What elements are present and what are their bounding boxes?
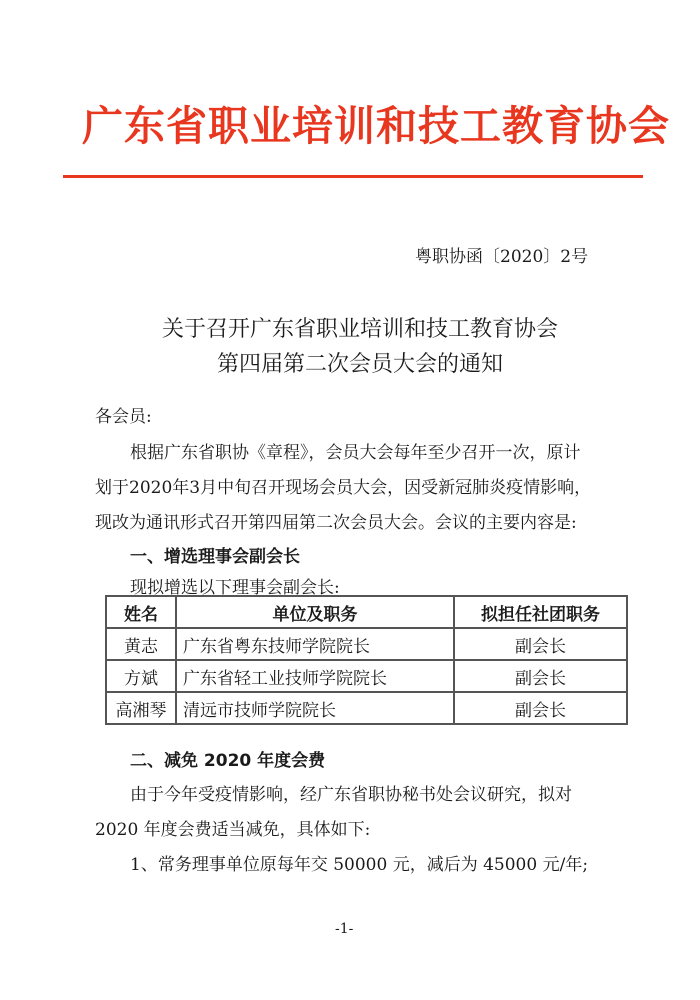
cell-role: 副会长 — [454, 692, 627, 724]
letterhead-organization: 广东省职业培训和技工教育协会 — [82, 96, 622, 156]
document-title-line1: 关于召开广东省职业培训和技工教育协会 — [80, 312, 640, 343]
table-row: 黄志 广东省粤东技师学院院长 副会长 — [106, 628, 627, 660]
column-header-name: 姓名 — [106, 596, 176, 628]
section2-heading: 二、减免 2020 年度会费 — [130, 746, 325, 771]
document-number: 粤职协函〔2020〕2号 — [415, 242, 588, 267]
cell-name: 高湘琴 — [106, 692, 176, 724]
document-title-line2: 第四届第二次会员大会的通知 — [80, 347, 640, 378]
intro-line3: 现改为通讯形式召开第四届第二次会员大会。会议的主要内容是: — [95, 508, 577, 533]
page-number: -1- — [335, 921, 353, 937]
cell-unit: 广东省轻工业技师学院院长 — [176, 660, 454, 692]
letterhead-divider — [63, 175, 643, 178]
table-row: 高湘琴 清远市技师学院院长 副会长 — [106, 692, 627, 724]
intro-line2: 划于2020年3月中旬召开现场会员大会，因受新冠肺炎疫情影响， — [95, 473, 591, 498]
table-header-row: 姓名 单位及职务 拟担任社团职务 — [106, 596, 627, 628]
section2-line1: 由于今年受疫情影响，经广东省职协秘书处会议研究，拟对 — [130, 780, 572, 805]
cell-unit: 广东省粤东技师学院院长 — [176, 628, 454, 660]
section1-heading: 一、增选理事会副会长 — [130, 542, 300, 567]
section2-item1: 1、常务理事单位原每年交 50000 元，减后为 45000 元/年; — [130, 850, 588, 875]
section2-line2: 2020 年度会费适当减免，具体如下: — [95, 815, 370, 840]
salutation: 各会员: — [95, 402, 152, 427]
intro-line1: 根据广东省职协《章程》，会员大会每年至少召开一次，原计 — [130, 438, 581, 463]
cell-name: 方斌 — [106, 660, 176, 692]
cell-name: 黄志 — [106, 628, 176, 660]
table-row: 方斌 广东省轻工业技师学院院长 副会长 — [106, 660, 627, 692]
cell-unit: 清远市技师学院院长 — [176, 692, 454, 724]
cell-role: 副会长 — [454, 628, 627, 660]
cell-role: 副会长 — [454, 660, 627, 692]
vice-president-table: 姓名 单位及职务 拟担任社团职务 黄志 广东省粤东技师学院院长 副会长 方斌 广… — [105, 595, 628, 725]
column-header-role: 拟担任社团职务 — [454, 596, 627, 628]
column-header-unit: 单位及职务 — [176, 596, 454, 628]
